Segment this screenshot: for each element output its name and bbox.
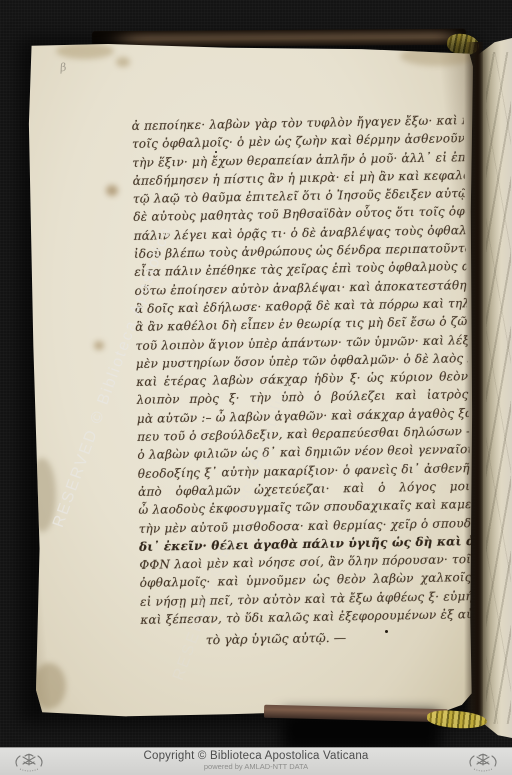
footer-bar: Copyright © Biblioteca Apostolica Vatica… bbox=[0, 747, 512, 775]
powered-by-line: powered by AMLAD-NTT DATA bbox=[0, 762, 512, 771]
book-gutter-shadow bbox=[464, 42, 483, 722]
footer-text: Copyright © Biblioteca Apostolica Vatica… bbox=[0, 750, 512, 771]
facing-page-faint-script bbox=[486, 52, 511, 724]
pencil-inscription: β bbox=[59, 61, 67, 75]
digitized-manuscript-viewer: β ἀ πεποίηκε· λαβὼν γὰρ τὸν τυφλὸν ἤγαγε… bbox=[0, 0, 512, 775]
copyright-line: Copyright © Biblioteca Apostolica Vatica… bbox=[0, 750, 512, 762]
manuscript-closing-line: τὸ γὰρ ὑγιῶς αὐτῷ. — bbox=[110, 628, 442, 649]
vatican-library-emblem-icon bbox=[466, 751, 500, 773]
manuscript-text-block: ἀ πεποίηκε· λαβὼν γὰρ τὸν τυφλὸν ἤγαγεν … bbox=[132, 111, 473, 629]
page-stain bbox=[106, 185, 118, 196]
manuscript-page: β ἀ πεποίηκε· λαβὼν γὰρ τὸν τυφλὸν ἤγαγε… bbox=[28, 43, 473, 717]
page-stain bbox=[56, 43, 114, 59]
page-stain bbox=[116, 57, 130, 67]
page-stain bbox=[94, 341, 104, 350]
